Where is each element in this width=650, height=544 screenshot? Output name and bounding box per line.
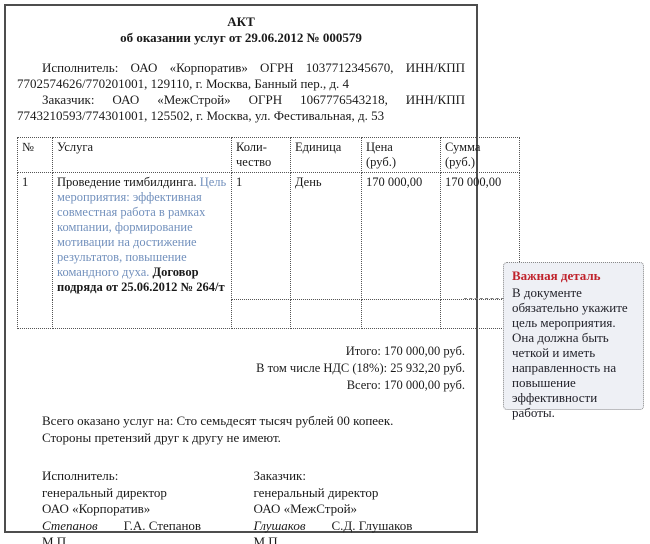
totals-block: Итого: 170 000,00 руб. В том числе НДС (… <box>17 343 465 394</box>
executor-line-1: Исполнитель: ОАО «Корпоратив» ОГРН 10377… <box>17 60 465 76</box>
signatures-block: Исполнитель: генеральный директор ОАО «К… <box>42 468 465 544</box>
executor-signature-column: Исполнитель: генеральный директор ОАО «К… <box>42 468 254 544</box>
document-content: АКТ об оказании услуг от 29.06.2012 № 00… <box>6 6 476 544</box>
cell-service-description: Проведение тимбилдинга. Цель мероприятия… <box>53 173 232 329</box>
cell-price: 170 000,00 <box>362 173 441 300</box>
executor-name: Г.А. Степанов <box>124 518 201 533</box>
customer-position: генеральный директор <box>254 485 466 502</box>
executor-handwritten-signature: Степанов <box>42 518 98 535</box>
customer-handwritten-signature: Глушаков <box>254 518 306 535</box>
service-intro-text: Проведение тимбилдинга. <box>57 175 197 189</box>
customer-line-2: 7743210593/774301001, 125502, г. Москва,… <box>17 108 465 124</box>
cell-unit: День <box>291 173 362 300</box>
document-title: АКТ <box>17 14 465 30</box>
table-row: 1 Проведение тимбилдинга. Цель мероприят… <box>18 173 520 300</box>
customer-signature-line: ГлушаковС.Д. Глушаков <box>254 518 466 535</box>
customer-signature-column: Заказчик: генеральный директор ОАО «МежС… <box>254 468 466 544</box>
executor-line-2: 7702574626/770201001, 129110, г. Москва,… <box>17 76 465 92</box>
closing-amount-words-line: Всего оказано услуг на: Сто семьдесят ты… <box>42 412 465 429</box>
customer-company: ОАО «МежСтрой» <box>254 501 466 518</box>
callout-note: Важная деталь В документе обязательно ук… <box>503 262 644 410</box>
closing-block: Всего оказано услуг на: Сто семьдесят ты… <box>42 412 465 446</box>
table-header-row: № Услуга Коли- чество Единица Цена (руб.… <box>18 138 520 173</box>
header-price: Цена (руб.) <box>362 138 441 173</box>
customer-name: С.Д. Глушаков <box>332 518 413 533</box>
header-number: № <box>18 138 53 173</box>
executor-role-label: Исполнитель: <box>42 468 254 485</box>
executor-seal-label: М.П. <box>42 534 254 544</box>
callout-body: В документе обязательно укажите цель мер… <box>512 285 635 420</box>
parties-block: Исполнитель: ОАО «Корпоратив» ОГРН 10377… <box>17 60 465 124</box>
callout-title: Важная деталь <box>512 268 635 283</box>
header-sum: Сумма (руб.) <box>441 138 520 173</box>
header-unit: Единица <box>291 138 362 173</box>
document-subtitle: об оказании услуг от 29.06.2012 № 000579 <box>17 30 465 46</box>
services-table: № Услуга Коли- чество Единица Цена (руб.… <box>17 137 520 329</box>
customer-line-1: Заказчик: ОАО «МежСтрой» ОГРН 1067776543… <box>17 92 465 108</box>
empty-cell-unit <box>291 300 362 329</box>
service-goal-highlight: Цель мероприятия: эффективная совместная… <box>57 175 226 279</box>
empty-cell-quantity <box>232 300 291 329</box>
cell-row-number: 1 <box>18 173 53 329</box>
header-service: Услуга <box>53 138 232 173</box>
empty-cell-price <box>362 300 441 329</box>
closing-no-claims-line: Стороны претензий друг к другу не имеют. <box>42 429 465 446</box>
document-page: АКТ об оказании услуг от 29.06.2012 № 00… <box>4 4 478 533</box>
executor-signature-line: СтепановГ.А. Степанов <box>42 518 254 535</box>
customer-seal-label: М.П. <box>254 534 466 544</box>
total-line: Итого: 170 000,00 руб. <box>17 343 465 360</box>
cell-quantity: 1 <box>232 173 291 300</box>
executor-position: генеральный директор <box>42 485 254 502</box>
vat-line: В том числе НДС (18%): 25 932,20 руб. <box>17 360 465 377</box>
grand-total-line: Всего: 170 000,00 руб. <box>17 377 465 394</box>
header-quantity: Коли- чество <box>232 138 291 173</box>
callout-connector-line <box>464 298 504 299</box>
executor-company: ОАО «Корпоратив» <box>42 501 254 518</box>
customer-role-label: Заказчик: <box>254 468 466 485</box>
screenshot-canvas: АКТ об оказании услуг от 29.06.2012 № 00… <box>0 0 650 544</box>
